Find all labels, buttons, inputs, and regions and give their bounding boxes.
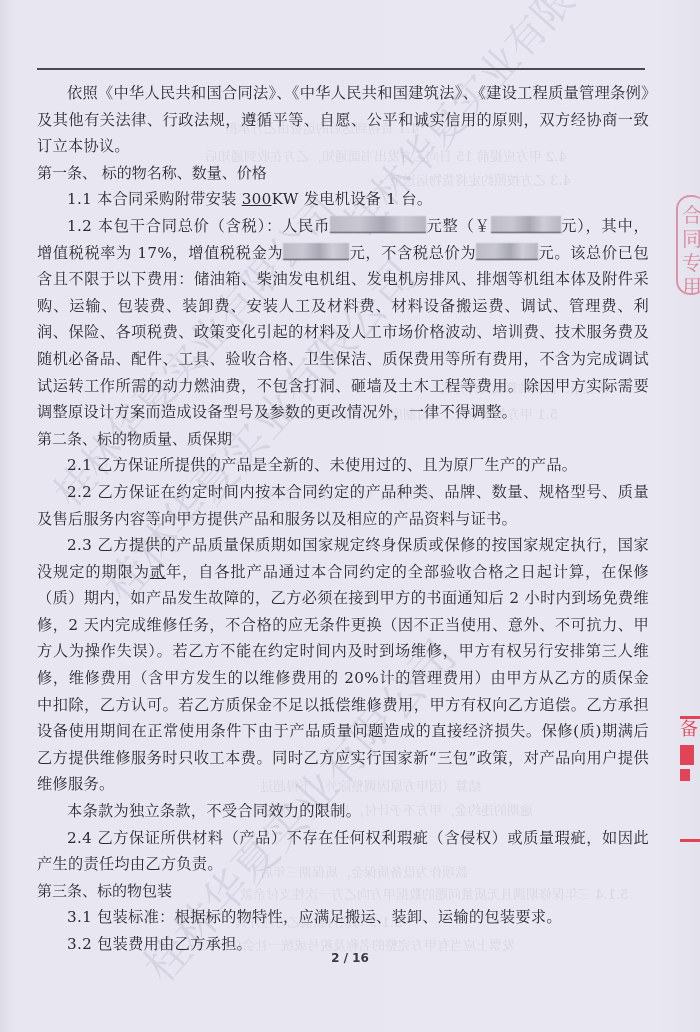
preamble: 依照《中华人民共和国合同法》、《中华人民共和国建筑法》、《建设工程质量管理条例》… (37, 80, 649, 160)
warranty-years-underlined: 贰 (150, 563, 166, 581)
header-rule (37, 68, 645, 70)
stamp-block (680, 745, 694, 765)
clause-2-1: 2.1 乙方保证所提供的产品是全新的、未使用过的、且为原厂生产的产品。 (37, 452, 649, 479)
document-page: 4.1 货物到达后的运费由乙方承担 4.2 甲方应提前 15 日向乙方发出书面通… (0, 0, 700, 1032)
independent-clause-note: 本条款为独立条款，不受合同效力的限制。 (37, 798, 649, 825)
page-number: 2 / 16 (0, 951, 700, 965)
clause-1-2: 1.2 本包干合同总价（含税）：人民币元整（￥元），其中，增值税税率为 17%，… (37, 213, 649, 426)
clause-3-1: 3.1 包装标准：根据标的物特性，应满足搬运、装卸、运输的包装要求。 (37, 904, 649, 931)
clause-2-2: 2.2 乙方保证在约定时间内按本合同约定的产品种类、品牌、数量、规格型号、质量及… (37, 479, 649, 532)
article-2-heading: 第二条、标的物质量、质保期 (37, 426, 649, 453)
clause-2-3: 2.3 乙方提供的产品质量保质期如国家规定终身保质或保修的按国家规定执行，国家没… (37, 532, 649, 798)
redacted-price-excluding-tax (476, 243, 538, 260)
seam-stamp-faint: 合同专用 (676, 195, 700, 295)
redacted-total-price-figures (491, 216, 561, 233)
clause-2-4: 2.4 乙方保证所供材料（产品）不存在任何权利瑕疵（含侵权）或质量瑕疵，如因此产… (37, 825, 649, 878)
capacity-underlined: 300 (242, 190, 272, 208)
redacted-total-price-words (330, 216, 426, 233)
article-1-heading: 第一条、 标的物名称、数量、价格 (37, 160, 649, 187)
redacted-vat-amount (283, 243, 349, 260)
seam-stamp-red: 备 (680, 716, 700, 842)
stamp-block (680, 769, 690, 781)
clause-1-1: 1.1 本合同采购附带安装 300KW 发电机设备 1 台。 (37, 186, 649, 213)
article-3-heading: 第三条、标的物包装 (37, 878, 649, 905)
contract-body: 依照《中华人民共和国合同法》、《中华人民共和国建筑法》、《建设工程质量管理条例》… (37, 72, 649, 958)
